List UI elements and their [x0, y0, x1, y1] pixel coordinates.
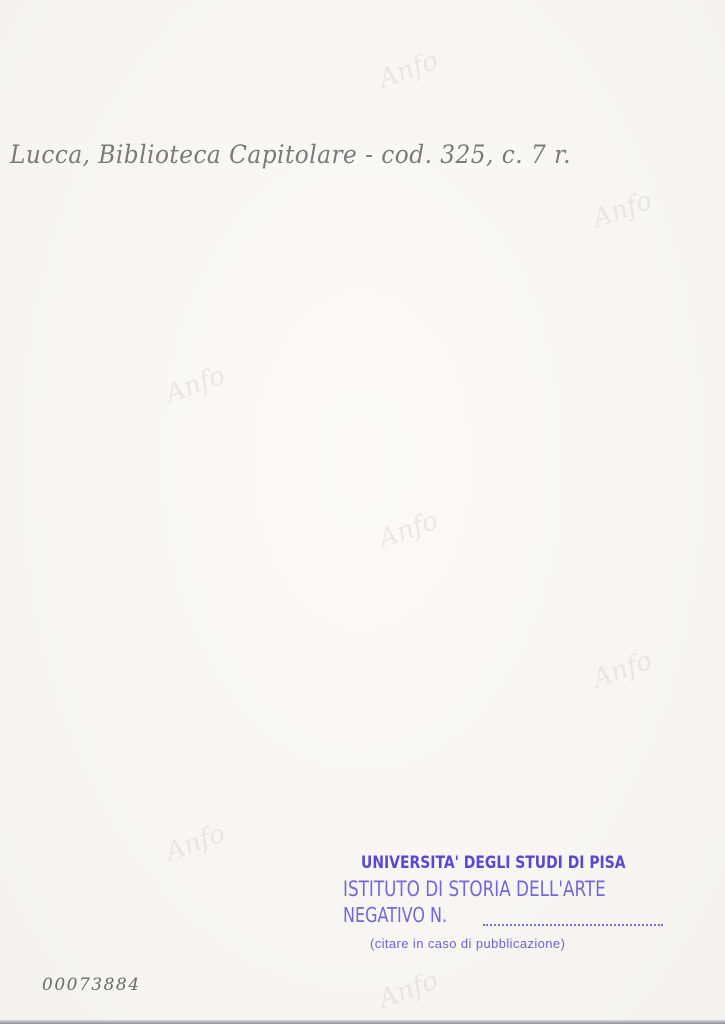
watermark-logo: Anfo [375, 506, 442, 555]
stamp-citation-note: (citare in caso di pubblicazione) [370, 936, 565, 951]
watermark-logo: Anfo [162, 819, 229, 868]
watermark-logo: Anfo [589, 646, 656, 695]
watermark-logo: Anfo [162, 361, 229, 410]
stamp-university: UNIVERSITA' DEGLI STUDI DI PISA [361, 853, 626, 873]
card-edge [0, 1020, 725, 1024]
archive-card: Anfo Anfo Anfo Anfo Anfo Anfo Anfo Lucca… [0, 0, 725, 1024]
watermark-logo: Anfo [589, 186, 656, 235]
watermark-logo: Anfo [375, 46, 442, 95]
inventory-number: 00073884 [42, 975, 141, 995]
stamp-negative-label: NEGATIVO N. [343, 903, 447, 927]
handwritten-caption: Lucca, Biblioteca Capitolare - cod. 325,… [10, 140, 571, 169]
stamp-institute: ISTITUTO DI STORIA DELL'ARTE [343, 877, 606, 901]
stamp-negative-blank-line [483, 924, 663, 926]
watermark-logo: Anfo [375, 966, 442, 1015]
